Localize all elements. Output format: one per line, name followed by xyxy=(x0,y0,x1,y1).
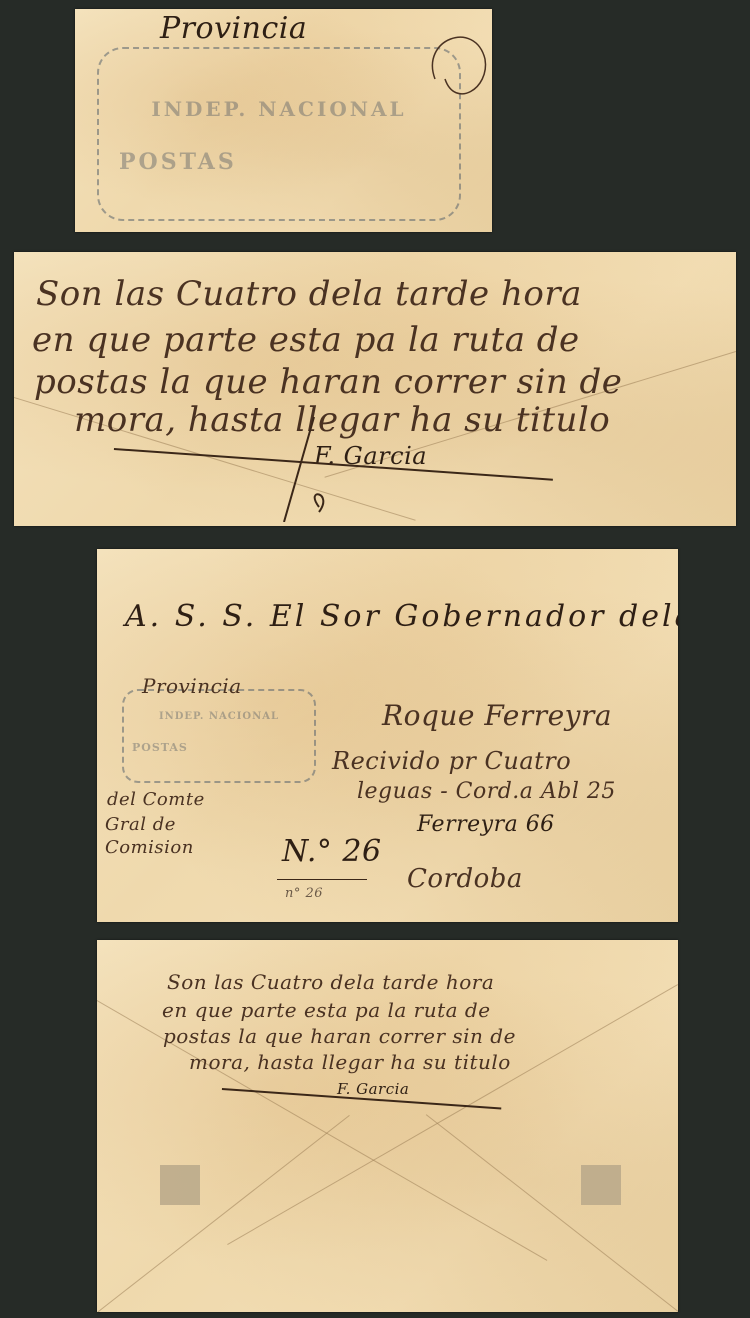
signature-flourish-icon xyxy=(274,412,354,522)
text-line-2: en que parte esta pa la ruta de xyxy=(32,320,580,360)
routing-line-3: Comision xyxy=(105,837,194,858)
province-handwriting: Provincia xyxy=(142,674,242,698)
stamp-text-top: INDEP. NACIONAL xyxy=(99,97,459,121)
text-line-2: en que parte esta pa la ruta de xyxy=(162,998,491,1022)
stamp-text-bottom: POSTAS xyxy=(99,149,459,175)
handwriting-provincia: Provincia xyxy=(160,11,307,46)
stamp-hinge-right xyxy=(581,1165,621,1205)
postal-handstamp: INDEP. NACIONAL POSTAS xyxy=(122,689,316,783)
cover-back-panel: Son las Cuatro dela tarde hora en que pa… xyxy=(97,940,678,1312)
signature: F. Garcia xyxy=(337,1080,409,1098)
receipt-line-2: leguas - Cord.a Abl 25 xyxy=(357,779,616,804)
text-line-3: postas la que haran correr sin de xyxy=(163,1024,516,1048)
postal-handstamp: INDEP. NACIONAL POSTAS xyxy=(97,47,461,221)
text-line-1: Son las Cuatro dela tarde hora xyxy=(167,970,494,994)
stamp-detail-panel: INDEP. NACIONAL POSTAS Provincia xyxy=(75,9,492,232)
routing-line-1: del Comte xyxy=(107,789,205,810)
text-line-3: postas la que haran correr sin de xyxy=(34,362,622,402)
back-text-detail-panel: Son las Cuatro dela tarde hora en que pa… xyxy=(14,252,736,526)
receipt-line-3: Ferreyra 66 xyxy=(417,812,555,837)
recipient-name: Roque Ferreyra xyxy=(382,699,612,732)
receipt-line-1: Recivido pr Cuatro xyxy=(332,747,571,775)
cover-number: N.° 26 xyxy=(282,834,382,869)
text-line-1: Son las Cuatro dela tarde hora xyxy=(36,274,582,314)
address-line: A. S. S. El Sor Gobernador dela xyxy=(125,599,678,634)
flourish-icon xyxy=(415,19,492,119)
cover-front-panel: A. S. S. El Sor Gobernador dela INDEP. N… xyxy=(97,549,678,922)
stamp-hinge-left xyxy=(160,1165,200,1205)
routing-line-2: Gral de xyxy=(105,814,176,835)
city: Cordoba xyxy=(407,864,523,894)
text-line-4: mora, hasta llegar ha su titulo xyxy=(189,1050,511,1074)
cover-number-small: n° 26 xyxy=(285,886,323,901)
